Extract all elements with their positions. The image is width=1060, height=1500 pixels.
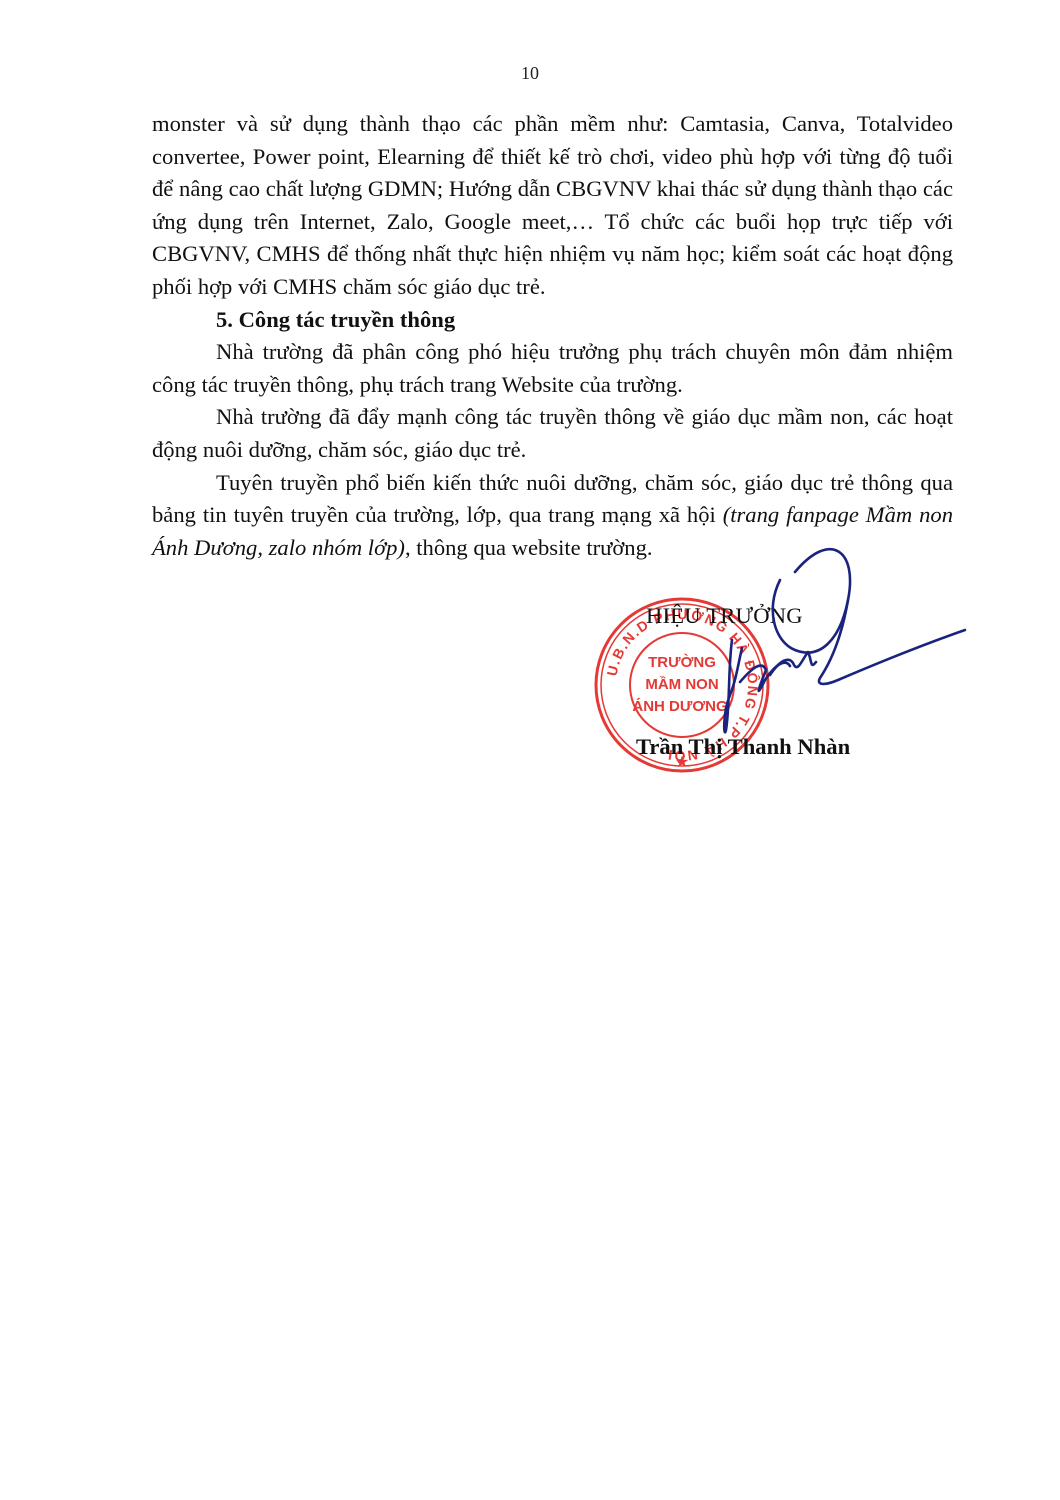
document-page: 10 monster và sử dụng thành thạo các phầ… bbox=[0, 0, 1060, 1500]
signatory-name: Trần Thị Thanh Nhàn bbox=[636, 734, 850, 760]
signature-block: U.B.N.D PHƯỜNG HÀ ĐÔNG T.P HÀ NỘI TRƯỜNG… bbox=[580, 540, 1000, 780]
paragraph-promotion: Nhà trường đã đẩy mạnh công tác truyền t… bbox=[152, 401, 953, 466]
page-number: 10 bbox=[0, 62, 1060, 84]
paragraph-assignment: Nhà trường đã phân công phó hiệu trưởng … bbox=[152, 336, 953, 401]
section-heading: 5. Công tác truyền thông bbox=[152, 304, 953, 337]
document-body: monster và sử dụng thành thạo các phần m… bbox=[152, 108, 953, 564]
paragraph-continuation: monster và sử dụng thành thạo các phần m… bbox=[152, 108, 953, 304]
